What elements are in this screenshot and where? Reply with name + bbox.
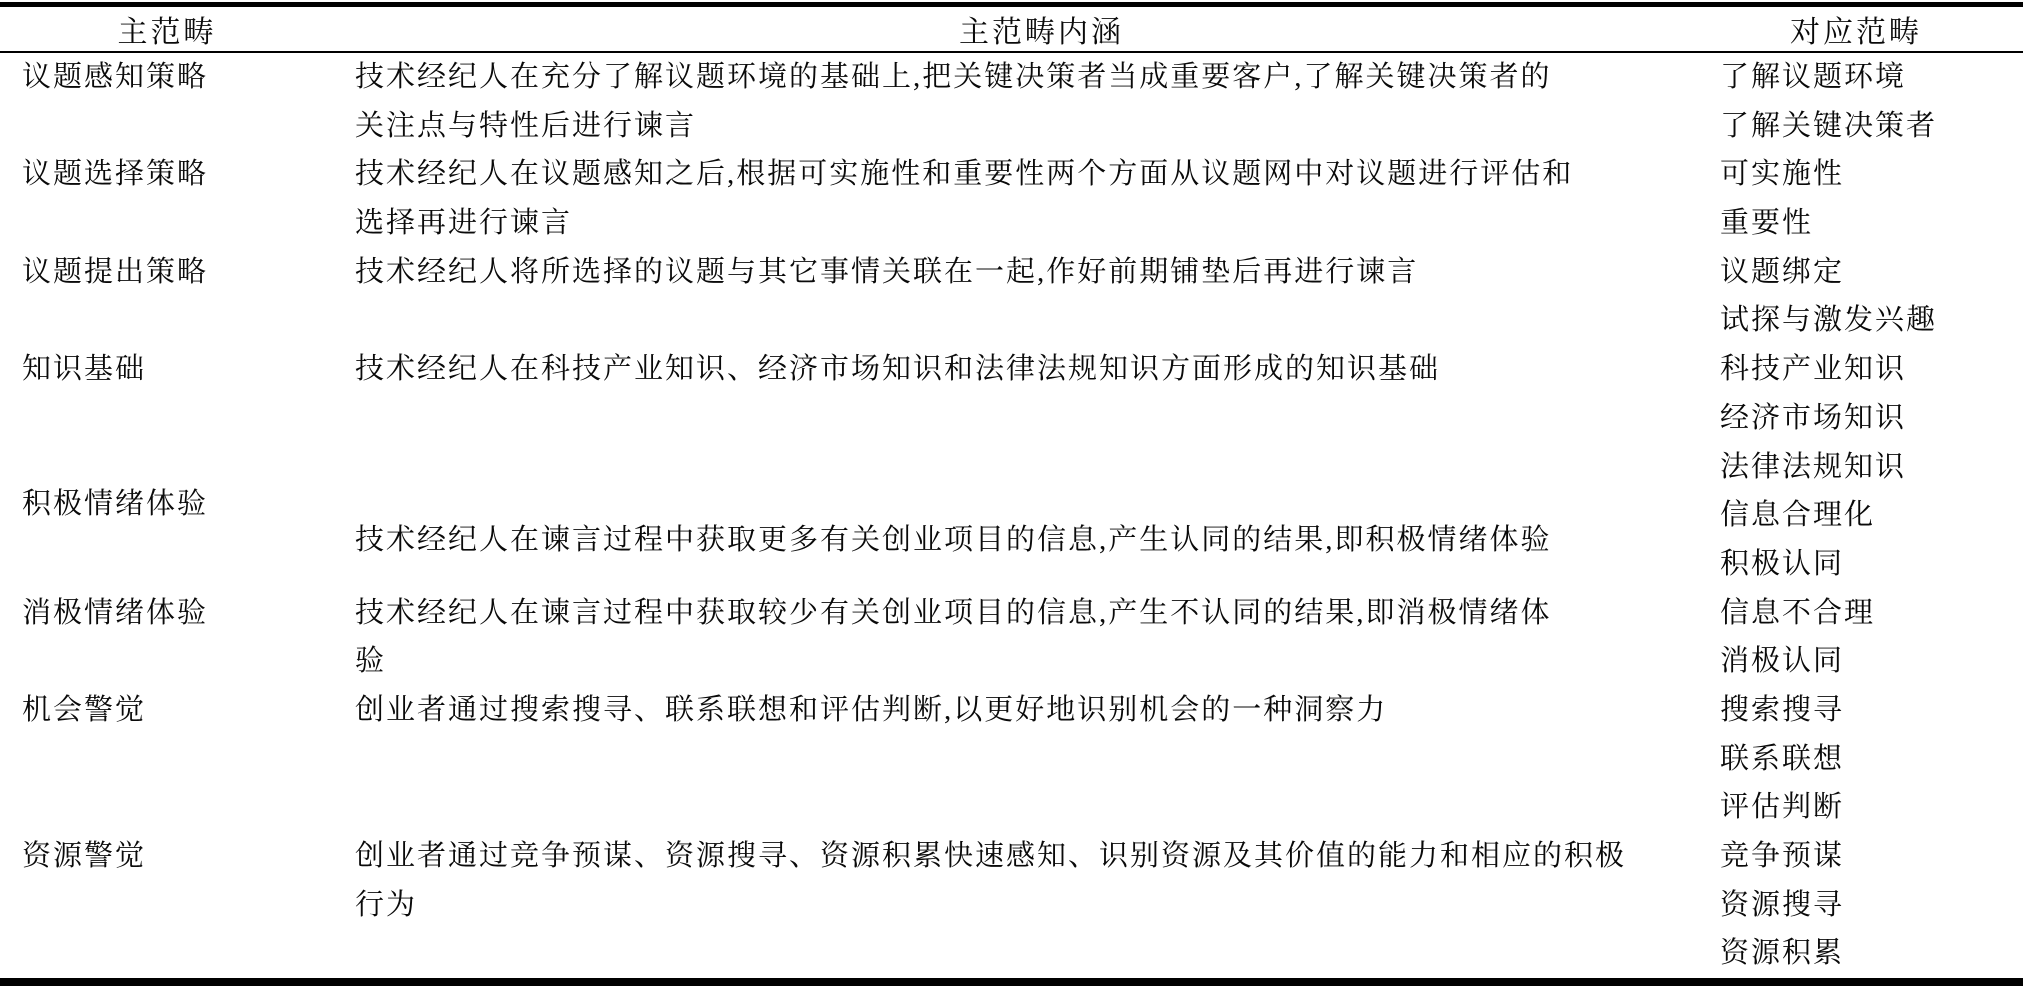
main-category-cell: 议题感知策略	[0, 53, 334, 150]
meaning-line: 创业者通过竞争预谋、资源搜寻、资源积累快速感知、识别资源及其价值的能力和相应的积…	[355, 832, 1677, 881]
sub-category-item: 资源积累	[1720, 929, 2023, 978]
meaning-cell: 技术经纪人在充分了解议题环境的基础上,把关键决策者当成重要客户,了解关键决策者的…	[334, 53, 1689, 150]
main-category-label: 资源警觉	[22, 832, 334, 881]
meaning-line: 技术经纪人在科技产业知识、经济市场知识和法律法规知识方面形成的知识基础	[355, 345, 1677, 394]
main-category-cell: 议题选择策略	[0, 150, 334, 247]
meaning-cell: 创业者通过搜索搜寻、联系联想和评估判断,以更好地识别机会的一种洞察力	[334, 686, 1689, 832]
main-category-label: 机会警觉	[22, 686, 334, 735]
meaning-cell: 技术经纪人在谏言过程中获取更多有关创业项目的信息,产生认同的结果,即积极情绪体验	[334, 491, 1689, 588]
corresponding-cell: 搜索搜寻 联系联想 评估判断	[1689, 686, 2023, 832]
meaning-line: 技术经纪人将所选择的议题与其它事情关联在一起,作好前期铺垫后再进行谏言	[355, 248, 1677, 297]
main-category-cell: 知识基础	[0, 345, 334, 491]
meaning-line: 技术经纪人在谏言过程中获取更多有关创业项目的信息,产生认同的结果,即积极情绪体验	[355, 516, 1677, 565]
table-bottom-rule	[0, 978, 2023, 986]
sub-category-item: 评估判断	[1720, 783, 2023, 832]
corresponding-cell: 信息合理化 积极认同	[1689, 491, 2023, 588]
table-row: 积极情绪体验 技术经纪人在谏言过程中获取更多有关创业项目的信息,产生认同的结果,…	[0, 491, 2023, 588]
meaning-cell: 技术经纪人在谏言过程中获取较少有关创业项目的信息,产生不认同的结果,即消极情绪体…	[334, 589, 1689, 686]
table-row: 议题提出策略 技术经纪人将所选择的议题与其它事情关联在一起,作好前期铺垫后再进行…	[0, 248, 2023, 345]
meaning-line: 技术经纪人在充分了解议题环境的基础上,把关键决策者当成重要客户,了解关键决策者的	[355, 53, 1677, 102]
table-header-row: 主范畴 主范畴内涵 对应范畴	[0, 7, 2023, 51]
table-row: 机会警觉 创业者通过搜索搜寻、联系联想和评估判断,以更好地识别机会的一种洞察力 …	[0, 686, 2023, 832]
sub-category-item: 了解关键决策者	[1720, 102, 2023, 151]
header-meaning: 主范畴内涵	[334, 7, 1689, 51]
table-row: 消极情绪体验 技术经纪人在谏言过程中获取较少有关创业项目的信息,产生不认同的结果…	[0, 589, 2023, 686]
sub-category-item: 资源搜寻	[1720, 881, 2023, 930]
sub-category-item: 了解议题环境	[1720, 53, 2023, 102]
meaning-cell: 创业者通过竞争预谋、资源搜寻、资源积累快速感知、识别资源及其价值的能力和相应的积…	[334, 832, 1689, 978]
paper-table-page: 主范畴 主范畴内涵 对应范畴 议题感知策略 技术经纪人在充分了解议题环境的基础上…	[0, 0, 2023, 998]
main-category-label: 议题提出策略	[22, 248, 334, 297]
main-category-cell: 积极情绪体验	[0, 491, 334, 588]
corresponding-cell: 科技产业知识 经济市场知识 法律法规知识	[1689, 345, 2023, 491]
main-category-cell: 资源警觉	[0, 832, 334, 978]
sub-category-item: 可实施性	[1720, 150, 2023, 199]
sub-category-item: 法律法规知识	[1720, 443, 2023, 492]
sub-category-item: 积极认同	[1720, 540, 2023, 589]
meaning-line: 验	[355, 637, 1677, 686]
main-category-label: 议题选择策略	[22, 150, 334, 199]
sub-category-item: 竞争预谋	[1720, 832, 2023, 881]
corresponding-cell: 了解议题环境 了解关键决策者	[1689, 53, 2023, 150]
sub-category-item: 信息不合理	[1720, 589, 2023, 638]
corresponding-cell: 可实施性 重要性	[1689, 150, 2023, 247]
main-category-label: 议题感知策略	[22, 53, 334, 102]
meaning-cell: 技术经纪人在议题感知之后,根据可实施性和重要性两个方面从议题网中对议题进行评估和…	[334, 150, 1689, 247]
meaning-line: 创业者通过搜索搜寻、联系联想和评估判断,以更好地识别机会的一种洞察力	[355, 686, 1677, 735]
header-corresponding: 对应范畴	[1689, 7, 2023, 51]
table-row: 议题选择策略 技术经纪人在议题感知之后,根据可实施性和重要性两个方面从议题网中对…	[0, 150, 2023, 247]
meaning-line: 选择再进行谏言	[355, 199, 1677, 248]
table-body: 议题感知策略 技术经纪人在充分了解议题环境的基础上,把关键决策者当成重要客户,了…	[0, 53, 2023, 978]
corresponding-cell: 议题绑定 试探与激发兴趣	[1689, 248, 2023, 345]
sub-category-item: 经济市场知识	[1720, 394, 2023, 443]
meaning-cell: 技术经纪人将所选择的议题与其它事情关联在一起,作好前期铺垫后再进行谏言	[334, 248, 1689, 345]
sub-category-item: 联系联想	[1720, 735, 2023, 784]
main-category-label: 知识基础	[22, 345, 334, 394]
meaning-cell: 技术经纪人在科技产业知识、经济市场知识和法律法规知识方面形成的知识基础	[334, 345, 1689, 491]
table-row: 知识基础 技术经纪人在科技产业知识、经济市场知识和法律法规知识方面形成的知识基础…	[0, 345, 2023, 491]
table-row: 资源警觉 创业者通过竞争预谋、资源搜寻、资源积累快速感知、识别资源及其价值的能力…	[0, 832, 2023, 978]
sub-category-item: 重要性	[1720, 199, 2023, 248]
sub-category-item: 科技产业知识	[1720, 345, 2023, 394]
meaning-line: 技术经纪人在议题感知之后,根据可实施性和重要性两个方面从议题网中对议题进行评估和	[355, 150, 1677, 199]
header-main-category: 主范畴	[0, 7, 334, 51]
main-category-label: 消极情绪体验	[22, 589, 334, 638]
corresponding-cell: 竞争预谋 资源搜寻 资源积累	[1689, 832, 2023, 978]
main-category-cell: 机会警觉	[0, 686, 334, 832]
table-row: 议题感知策略 技术经纪人在充分了解议题环境的基础上,把关键决策者当成重要客户,了…	[0, 53, 2023, 150]
main-category-cell: 议题提出策略	[0, 248, 334, 345]
sub-category-item: 搜索搜寻	[1720, 686, 2023, 735]
meaning-line: 关注点与特性后进行谏言	[355, 102, 1677, 151]
meaning-line: 技术经纪人在谏言过程中获取较少有关创业项目的信息,产生不认同的结果,即消极情绪体	[355, 589, 1677, 638]
sub-category-item: 信息合理化	[1720, 491, 2023, 540]
sub-category-item: 试探与激发兴趣	[1720, 296, 2023, 345]
corresponding-cell: 信息不合理 消极认同	[1689, 589, 2023, 686]
main-category-label: 积极情绪体验	[22, 480, 334, 529]
main-category-cell: 消极情绪体验	[0, 589, 334, 686]
sub-category-item: 消极认同	[1720, 637, 2023, 686]
sub-category-item: 议题绑定	[1720, 248, 2023, 297]
meaning-line: 行为	[355, 881, 1677, 930]
